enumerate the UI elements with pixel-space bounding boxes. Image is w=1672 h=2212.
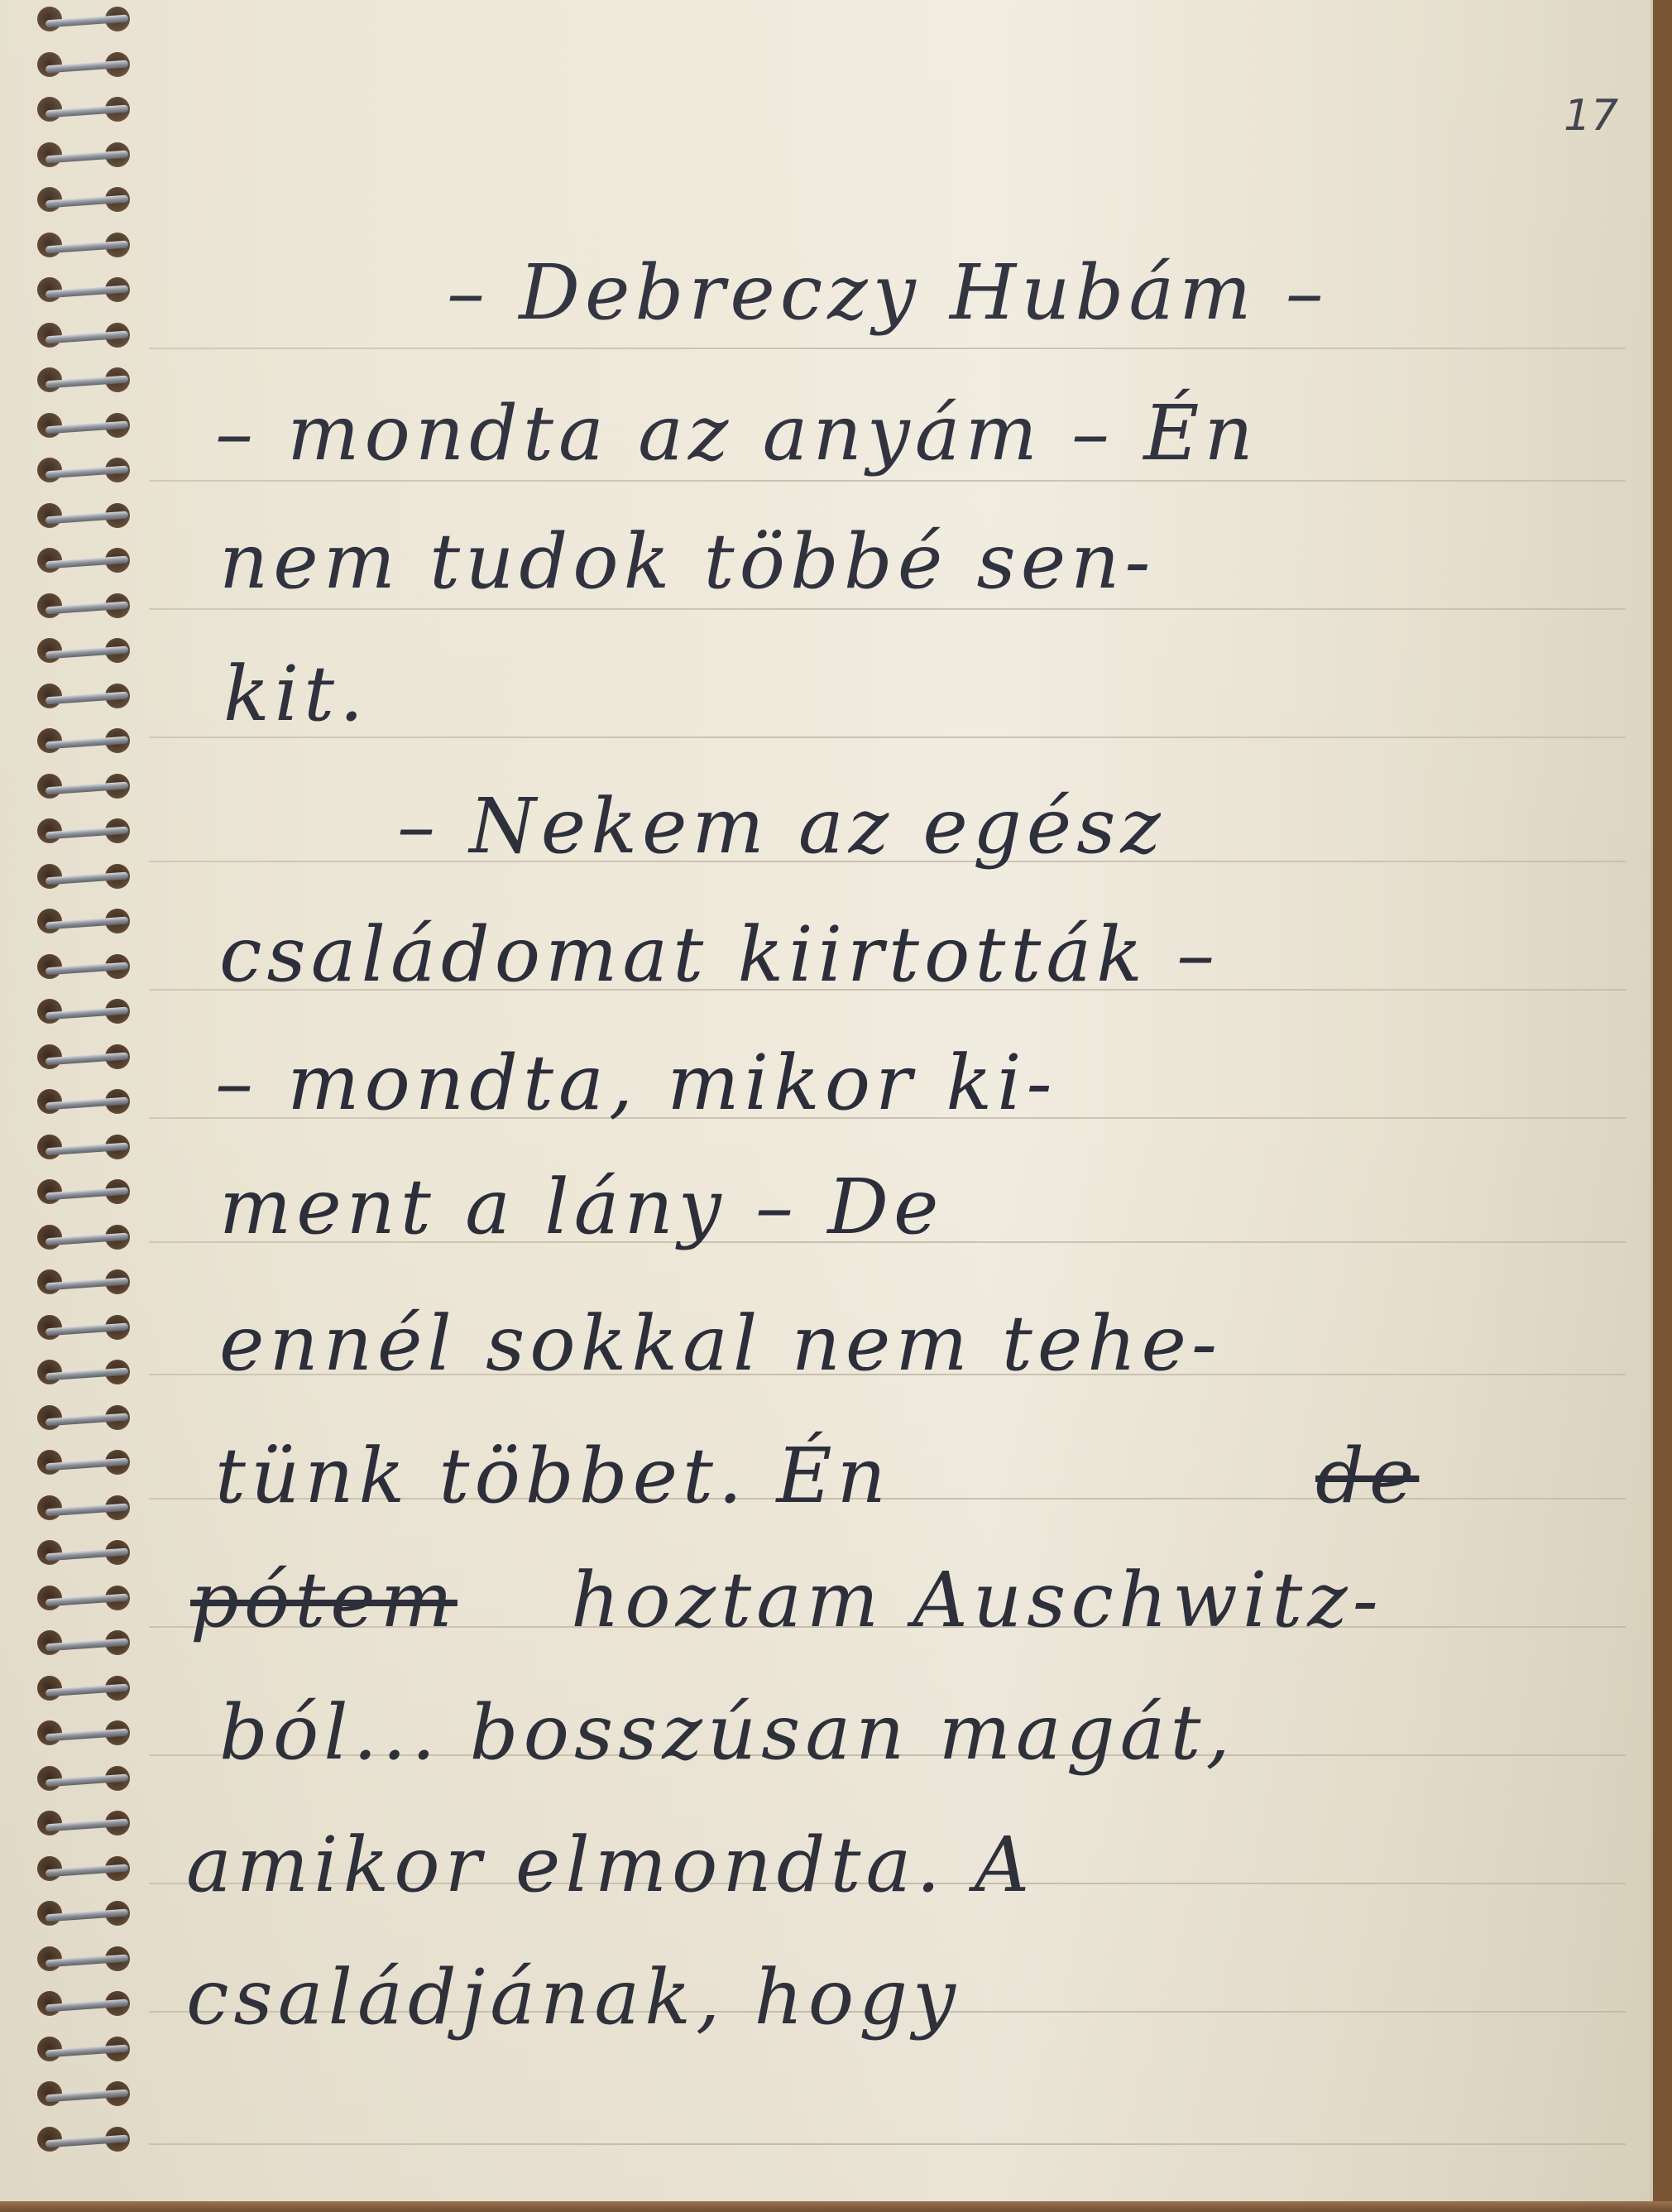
handwriting-line: – mondta, mikor ki- [215,1039,1057,1127]
spiral-ring [37,367,137,392]
handwriting-line: hoztam Auschwitz- [571,1556,1383,1644]
spiral-ring [37,1766,137,1791]
handwriting-line: ennél sokkal nem tehe- [219,1299,1222,1388]
handwriting-line: nem tudok többé sen- [219,517,1156,606]
handwriting-line: családomat kiirtották – [219,910,1219,999]
handwriting-line: – mondta az anyám – Én [215,389,1258,477]
handwriting-line: tünk többet. Én [215,1432,891,1520]
spiral-ring [37,1720,137,1745]
spiral-ring [37,1269,137,1294]
spiral-ring [37,548,137,573]
spiral-ring [37,2127,137,2152]
spiral-ring [37,1540,137,1565]
spiral-ring [37,818,137,843]
notebook-page: 17 – Debreczy Hubám – – mondta az anyám … [0,0,1653,2205]
struck-word: de [1315,1432,1419,1520]
spiral-ring [37,1811,137,1835]
spiral-ring [37,2081,137,2106]
spiral-ring [37,1450,137,1475]
spiral-ring [37,1360,137,1384]
spiral-ring [37,142,137,167]
ruled-line [149,480,1626,482]
spiral-ring [37,1586,137,1610]
ruled-line [149,348,1626,349]
spiral-ring [37,593,137,618]
handwriting-line: ment a lány – De [219,1163,943,1251]
handwriting-line: kit. [223,650,368,738]
spiral-ring [37,97,137,122]
handwriting-line: ból... bosszúsan magát, [219,1688,1235,1777]
spiral-ring [37,1946,137,1971]
spiral-ring [37,1901,137,1926]
spiral-ring [37,1405,137,1430]
spiral-ring [37,1135,137,1159]
spiral-ring [37,52,137,77]
ruled-line [149,2143,1626,2145]
wooden-table-edge [0,2201,1672,2212]
spiral-ring [37,1856,137,1881]
spiral-ring [37,323,137,348]
spiral-ring [37,1225,137,1250]
spiral-ring [37,503,137,528]
spiral-ring [37,2037,137,2061]
handwriting-line: családjának, hogy [186,1953,961,2042]
spiral-ring [37,458,137,482]
spiral-ring [37,1495,137,1520]
handwriting-line: – Nekem az egész [397,782,1166,871]
spiral-ring [37,277,137,302]
spiral-ring [37,1630,137,1655]
spiral-ring [37,1676,137,1701]
spiral-ring [37,1315,137,1340]
handwriting-line: amikor elmondta. A [186,1821,1034,1909]
page-number: 17 [1564,91,1618,141]
spiral-ring [37,1991,137,2016]
spiral-ring [37,684,137,708]
spiral-ring [37,413,137,438]
spiral-ring [37,7,137,31]
spiral-binding [0,0,145,2205]
spiral-ring [37,1089,137,1114]
spiral-ring [37,187,137,212]
handwriting-line: – Debreczy Hubám – [447,248,1329,337]
spiral-ring [37,1179,137,1204]
spiral-ring [37,638,137,663]
spiral-ring [37,233,137,257]
spiral-ring [37,999,137,1024]
spiral-ring [37,954,137,979]
struck-word: pótem [190,1556,458,1644]
spiral-ring [37,1044,137,1069]
ruled-line [149,608,1626,610]
spiral-ring [37,909,137,933]
spiral-ring [37,864,137,889]
ruled-line [149,737,1626,738]
spiral-ring [37,728,137,753]
spiral-ring [37,774,137,799]
